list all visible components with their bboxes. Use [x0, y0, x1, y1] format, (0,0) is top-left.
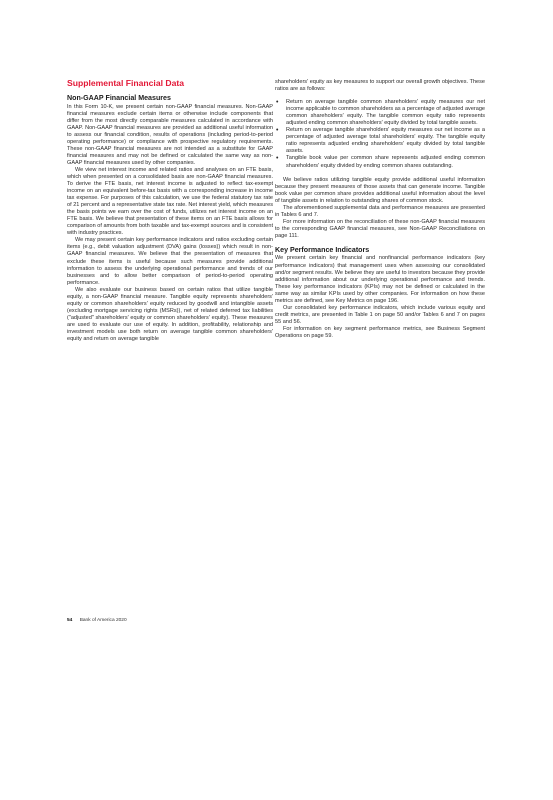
publication-name: Bank of America 2020	[80, 618, 127, 623]
list-item: • Return on average tangible common shar…	[275, 99, 485, 127]
paragraph: We present certain key financial and non…	[275, 255, 485, 304]
section-title: Supplemental Financial Data	[67, 78, 273, 88]
paragraph: We may present certain key performance i…	[67, 237, 273, 286]
page-footer: 54 Bank of America 2020	[67, 618, 127, 623]
heading-kpi: Key Performance Indicators	[275, 246, 485, 255]
paragraph: We also evaluate our business based on c…	[67, 287, 273, 343]
list-item-text: Tangible book value per common share rep…	[286, 155, 485, 168]
paragraph: Our consolidated key performance indicat…	[275, 305, 485, 326]
page-number: 54	[67, 618, 72, 623]
list-item: • Return on average tangible shareholder…	[275, 127, 485, 155]
list-item: • Tangible book value per common share r…	[275, 155, 485, 169]
paragraph: shareholders' equity as key measures to …	[275, 79, 485, 93]
paragraph: For information on key segment performan…	[275, 326, 485, 340]
ratio-list: • Return on average tangible common shar…	[275, 99, 485, 169]
paragraph: The aforementioned supplemental data and…	[275, 205, 485, 219]
paragraph: For more information on the reconciliati…	[275, 219, 485, 240]
right-column: shareholders' equity as key measures to …	[275, 79, 485, 340]
paragraph: We view net interest income and related …	[67, 167, 273, 237]
paragraph: We believe ratios utilizing tangible equ…	[275, 177, 485, 205]
paragraph: In this Form 10-K, we present certain no…	[67, 104, 273, 167]
heading-non-gaap: Non-GAAP Financial Measures	[67, 94, 273, 103]
left-column: Supplemental Financial Data Non-GAAP Fin…	[67, 78, 273, 343]
list-item-text: Return on average tangible common shareh…	[286, 99, 485, 126]
bullet-icon: •	[276, 155, 278, 162]
bullet-icon: •	[276, 127, 278, 134]
list-item-text: Return on average tangible shareholders'…	[286, 127, 485, 154]
bullet-icon: •	[276, 99, 278, 106]
